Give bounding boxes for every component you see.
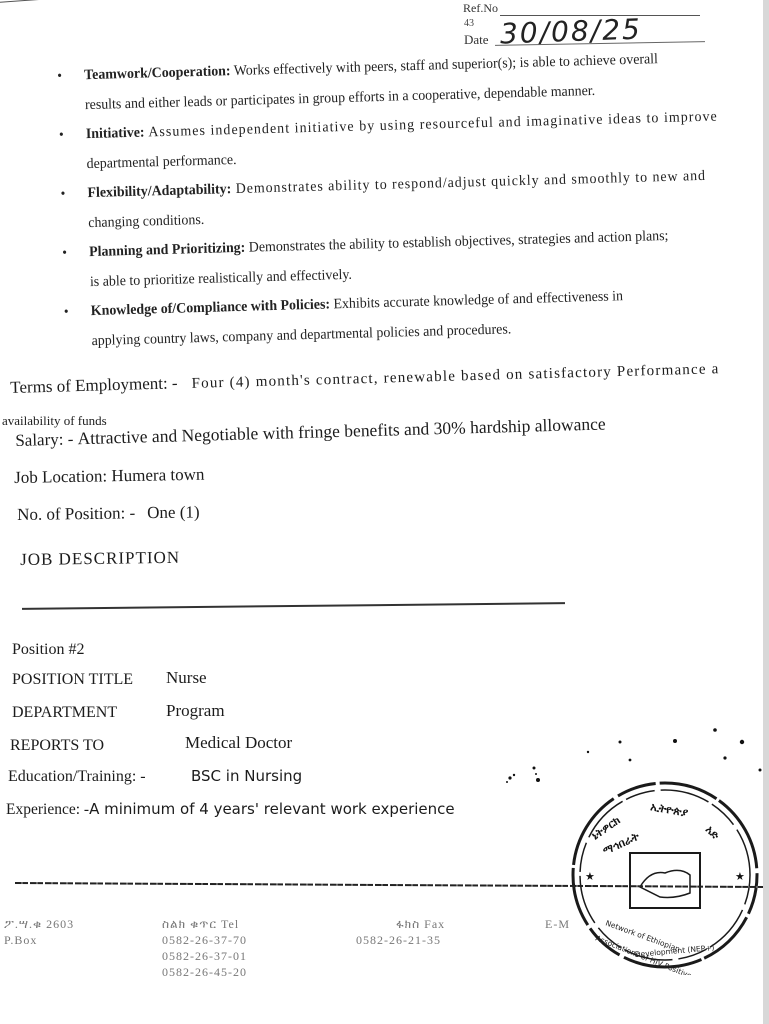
footer-text: ፋክስ Fax (356, 916, 445, 932)
number-of-positions: No. of Position: -One (1) (17, 502, 200, 525)
salary-label: Salary: - (15, 429, 78, 450)
svg-text:★: ★ (735, 870, 745, 883)
position-title-row: POSITION TITLENurse (12, 671, 133, 689)
competency-title: Planning and Prioritizing: (89, 240, 246, 260)
scanned-document-page: Ref.No 43 Date 30/08/25 Teamwork/Coopera… (0, 0, 763, 1024)
field-label: DEPARTMENT (12, 704, 117, 722)
date-label: Date (464, 32, 489, 48)
field-value: Nurse (166, 668, 207, 688)
footer-text: 0582-26-45-20 (162, 964, 247, 980)
terms-continuation: availability of funds (2, 413, 107, 429)
competency-text: Demonstrates the ability to establish ob… (245, 228, 669, 256)
competency-title: Flexibility/Adaptability: (87, 181, 231, 201)
svg-text:ኢትዮጵያ: ኢትዮጵያ (649, 800, 689, 819)
ref-no-label: Ref.No (463, 1, 498, 15)
svg-text:አድ: አድ (703, 823, 722, 842)
field-label: Education/Training: - (8, 768, 146, 786)
scan-edge (763, 0, 769, 1024)
job-location-value: Humera town (111, 465, 204, 486)
svg-text:★: ★ (585, 870, 595, 883)
footer-text: ስልክ ቁጥር Tel (162, 916, 247, 932)
terms-label: Terms of Employment: - (10, 373, 178, 397)
organization-stamp: ኔትዎርክ ኢትዮጵያ ማኅበራት አድ ★ ★ Network of Ethi… (565, 775, 769, 975)
footer-text: 0582-26-21-35 (356, 932, 445, 948)
competency-text: Exhibits accurate knowledge of and effec… (330, 288, 623, 312)
position-number: Position #2 (12, 641, 84, 659)
footer-text: ፖ.ሣ.ቁ 2603 (4, 916, 74, 932)
field-label: Experience: - (6, 801, 89, 819)
footer-telephone: ስልክ ቁጥር Tel 0582-26-37-70 0582-26-37-01 … (162, 916, 247, 980)
job-location: Job Location: Humera town (14, 465, 205, 488)
competency-text: Works effectively with peers, staff and … (230, 51, 658, 79)
ref-number: 43 (464, 18, 474, 29)
field-label: POSITION TITLE (12, 671, 133, 689)
competency-title: Knowledge of/Compliance with Policies: (91, 296, 331, 319)
scan-corner-mark (0, 0, 66, 3)
terms-value: Four (4) month's contract, renewable bas… (191, 361, 719, 392)
section-divider (22, 602, 565, 609)
footer-email: E-M (545, 916, 570, 932)
terms-of-employment: Terms of Employment: -Four (4) month's c… (10, 358, 720, 398)
footer-text: 0582-26-37-70 (162, 932, 247, 948)
department-row: DEPARTMENTProgram (12, 704, 117, 722)
experience-row: Experience: - A minimum of 4 years' rele… (6, 800, 455, 819)
footer-text: P.Box (4, 932, 74, 948)
positions-value: One (1) (147, 502, 200, 522)
job-description-heading: JOB DESCRIPTION (20, 548, 180, 570)
footer-text: E-M (545, 916, 570, 932)
field-value: A minimum of 4 years' relevant work expe… (89, 800, 455, 818)
reports-to-row: REPORTS TOMedical Doctor (10, 737, 104, 755)
job-location-label: Job Location: (14, 466, 112, 487)
education-row: Education/Training: -BSC in Nursing (8, 768, 146, 786)
competency-list: Teamwork/Cooperation: Works effectively … (55, 42, 769, 357)
positions-label: No. of Position: - (17, 503, 135, 524)
footer-po-box: ፖ.ሣ.ቁ 2603 P.Box (4, 916, 74, 948)
footer-fax: ፋክስ Fax 0582-26-21-35 (356, 916, 445, 948)
field-value: Medical Doctor (185, 733, 292, 753)
competency-title: Initiative: (86, 125, 145, 143)
salary-value: Attractive and Negotiable with fringe be… (77, 414, 606, 449)
footer-text: 0582-26-37-01 (162, 948, 247, 964)
competency-title: Teamwork/Cooperation: (84, 63, 231, 83)
field-value: BSC in Nursing (191, 767, 302, 785)
field-label: REPORTS TO (10, 737, 104, 755)
field-value: Program (166, 701, 225, 721)
